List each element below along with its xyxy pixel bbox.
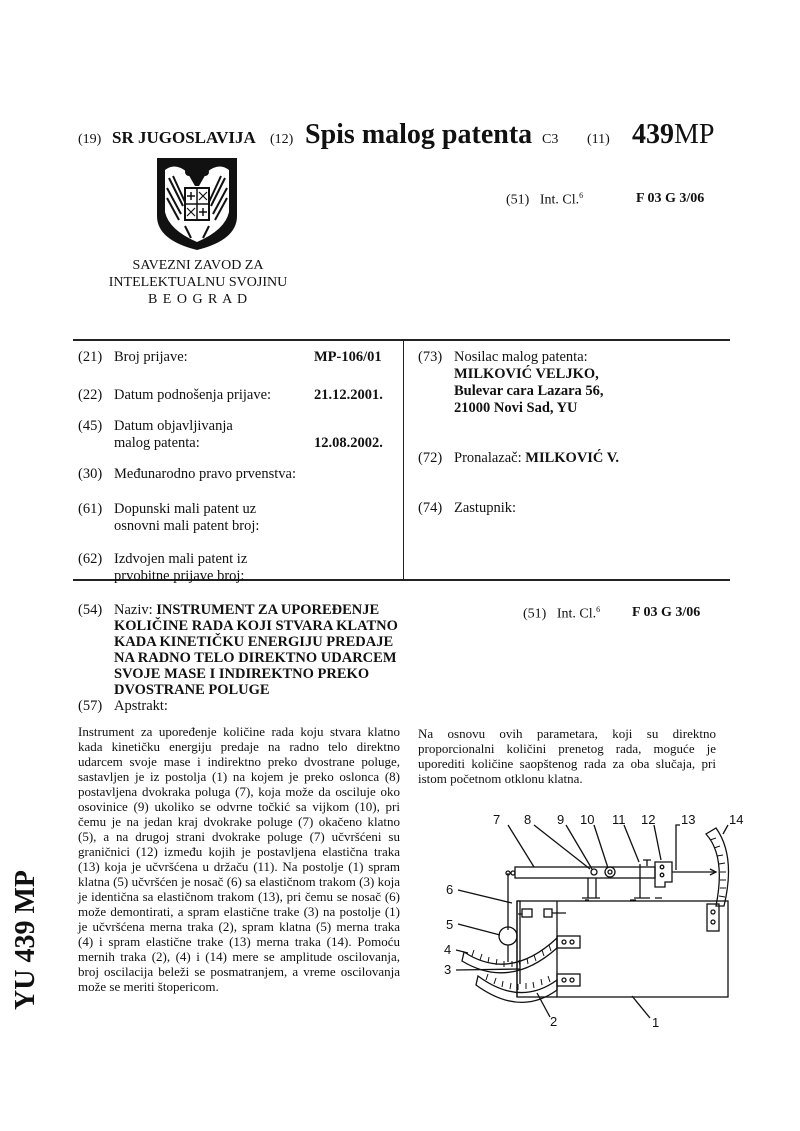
- svg-text:6: 6: [446, 882, 453, 897]
- abstract-text-left: Instrument za upoređenje količine rada k…: [78, 724, 400, 994]
- int-cl-mid-value: F 03 G 3/06: [632, 605, 700, 621]
- field-72: (72)Pronalazač: MILKOVIĆ V.: [418, 450, 619, 467]
- field-61: (61)Dopunski mali patent uzosnovni mali …: [78, 501, 259, 535]
- column-divider: [403, 340, 404, 579]
- inventor-name: MILKOVIĆ V.: [525, 450, 619, 466]
- inid-code-11: (11): [587, 132, 610, 148]
- svg-text:10: 10: [580, 812, 594, 827]
- field-22: (22)Datum podnošenja prijave:: [78, 387, 271, 404]
- holder-city: 21000 Novi Sad, YU: [418, 400, 604, 417]
- svg-text:1: 1: [652, 1015, 659, 1030]
- svg-text:9: 9: [557, 812, 564, 827]
- field-62: (62)Izdvojen mali patent izprvobitne pri…: [78, 551, 247, 585]
- technical-drawing: 7 8 9 10 11 12 13 14 6 5 4 3 2 1: [440, 812, 750, 1032]
- field-74: (74)Zastupnik:: [418, 500, 516, 517]
- svg-text:2: 2: [550, 1014, 557, 1029]
- country: SR JUGOSLAVIJA: [112, 128, 256, 148]
- coat-of-arms-icon: [155, 156, 239, 252]
- patent-number: 439MP: [632, 119, 714, 151]
- office-name: SAVEZNI ZAVOD ZA INTELEKTUALNU SVOJINU B…: [98, 257, 298, 308]
- invention-title: (54)Naziv: INSTRUMENT ZA UPOREĐENJE KOLI…: [78, 602, 400, 714]
- int-cl-top-value: F 03 G 3/06: [636, 191, 704, 207]
- int-cl-mid: (51) Int. Cl.6: [523, 605, 600, 623]
- side-patent-label: YU 439 MP: [10, 870, 42, 1010]
- filing-date: 21.12.2001.: [314, 387, 383, 404]
- svg-text:4: 4: [444, 942, 451, 957]
- svg-text:7: 7: [493, 812, 500, 827]
- inid-code-12: (12): [270, 132, 293, 148]
- holder-address: Bulevar cara Lazara 56,: [418, 383, 604, 400]
- field-73: (73)Nosilac malog patenta: MILKOVIĆ VELJ…: [418, 349, 604, 417]
- inid-code-19: (19): [78, 132, 101, 148]
- document-type: Spis malog patenta: [305, 119, 532, 151]
- svg-text:5: 5: [446, 917, 453, 932]
- application-number: MP-106/01: [314, 349, 382, 366]
- field-30: (30)Međunarodno pravo prvenstva:: [78, 466, 296, 483]
- svg-text:3: 3: [444, 962, 451, 977]
- field-45: (45)Datum objavljivanjamalog patenta:: [78, 418, 233, 452]
- svg-text:13: 13: [681, 812, 695, 827]
- svg-text:8: 8: [524, 812, 531, 827]
- field-21: (21)Broj prijave:: [78, 349, 188, 366]
- divider: [73, 339, 730, 341]
- kind-code: C3: [542, 132, 558, 148]
- int-cl-top: (51) Int. Cl.6: [506, 191, 583, 209]
- svg-text:14: 14: [729, 812, 743, 827]
- publication-date: 12.08.2002.: [314, 435, 383, 452]
- abstract-text-right: Na osnovu ovih parametara, koji su direk…: [418, 726, 716, 786]
- svg-text:12: 12: [641, 812, 655, 827]
- svg-text:11: 11: [612, 812, 626, 827]
- holder-name: MILKOVIĆ VELJKO,: [418, 366, 604, 383]
